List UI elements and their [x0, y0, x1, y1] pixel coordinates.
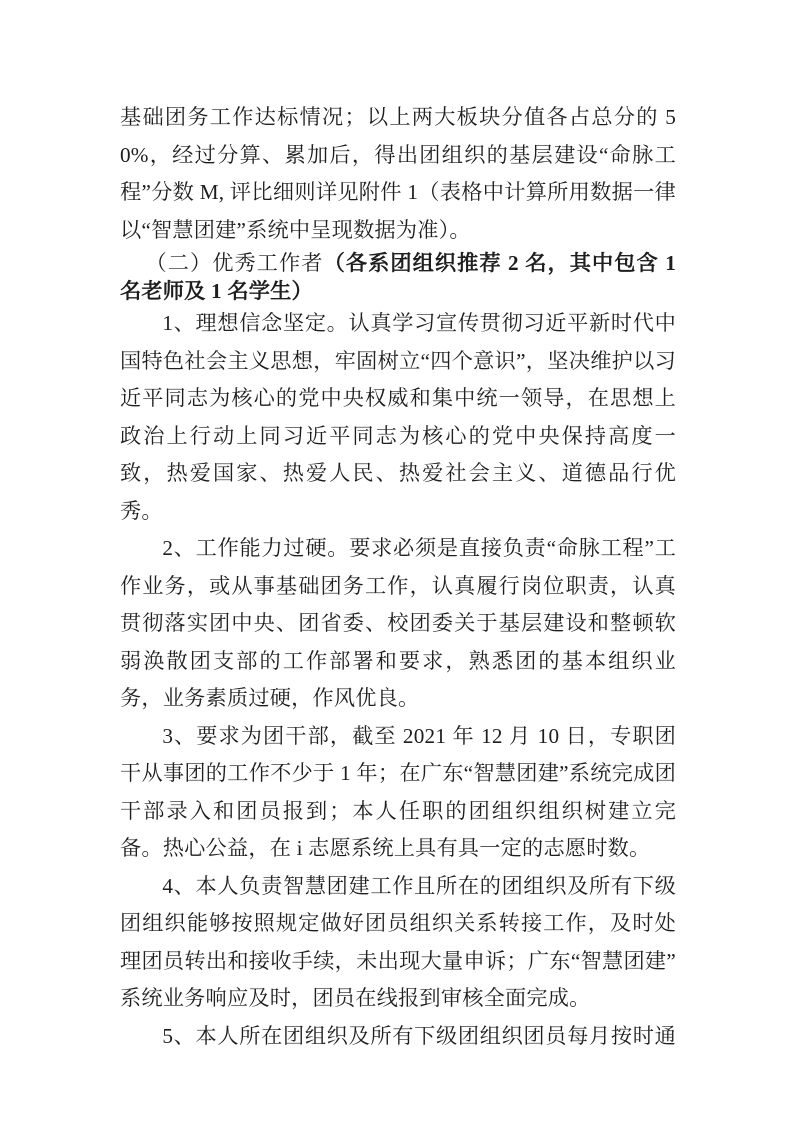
paragraph-item-2: 2、工作能力过硬。要求必须是直接负责“命脉工程”工作业务，或从事基础团务工作，认… — [120, 530, 676, 718]
paragraph-continuation: 基础团务工作达标情况；以上两大板块分值各占总分的 50%，经过分算、累加后，得出… — [120, 99, 676, 249]
document-page: 基础团务工作达标情况；以上两大板块分值各占总分的 50%，经过分算、累加后，得出… — [0, 0, 793, 1122]
section-heading: （二）优秀工作者（各系团组织推荐 2 名，其中包含 1 名老师及 1 名学生） — [120, 249, 676, 305]
paragraph-item-5: 5、本人所在团组织及所有下级团组织团员每月按时通 — [120, 1018, 676, 1056]
document-body: 基础团务工作达标情况；以上两大板块分值各占总分的 50%，经过分算、累加后，得出… — [120, 99, 676, 1055]
paragraph-item-1: 1、理想信念坚定。认真学习宣传贯彻习近平新时代中国特色社会主义思想，牢固树立“四… — [120, 305, 676, 530]
section-heading-title: （二）优秀工作者 — [145, 251, 323, 275]
paragraph-item-4: 4、本人负责智慧团建工作且所在的团组织及所有下级团组织能够按照规定做好团员组织关… — [120, 868, 676, 1018]
paragraph-item-3: 3、要求为团干部，截至 2021 年 12 月 10 日，专职团干从事团的工作不… — [120, 718, 676, 868]
